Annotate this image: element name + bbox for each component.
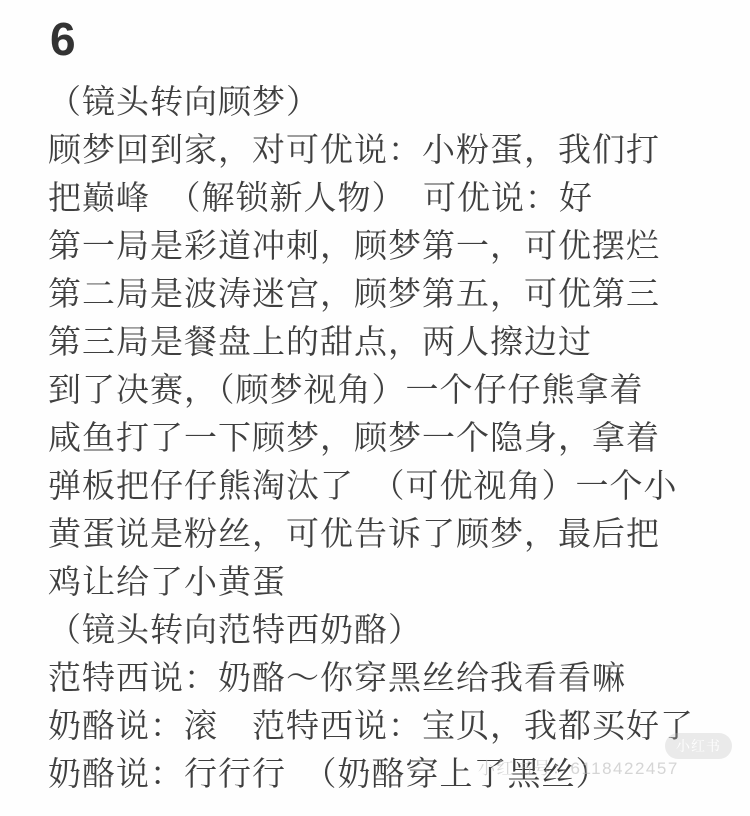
- text-line: 鸡让给了小黄蛋: [48, 558, 714, 606]
- text-line: 奶酪说：滚 范特西说：宝贝，我都买好了: [48, 702, 714, 750]
- text-line: （镜头转向范特西奶酪）: [48, 606, 714, 654]
- note-page: 6 （镜头转向顾梦） 顾梦回到家，对可优说：小粉蛋，我们打 把巅峰 （解锁新人物…: [0, 0, 750, 816]
- text-line: 到了决赛，（顾梦视角）一个仔仔熊拿着: [48, 366, 714, 414]
- text-line: （镜头转向顾梦）: [48, 78, 714, 126]
- section-number: 6: [50, 12, 714, 66]
- text-line: 第一局是彩道冲刺，顾梦第一，可优摆烂: [48, 222, 714, 270]
- text-line: 把巅峰 （解锁新人物） 可优说：好: [48, 174, 714, 222]
- text-line: 顾梦回到家，对可优说：小粉蛋，我们打: [48, 126, 714, 174]
- text-line: 咸鱼打了一下顾梦，顾梦一个隐身，拿着: [48, 414, 714, 462]
- text-line: 第三局是餐盘上的甜点，两人擦边过: [48, 318, 714, 366]
- script-text-block: （镜头转向顾梦） 顾梦回到家，对可优说：小粉蛋，我们打 把巅峰 （解锁新人物） …: [48, 78, 714, 798]
- text-line: 奶酪说：行行行 （奶酪穿上了黑丝）: [48, 750, 714, 798]
- text-line: 第二局是波涛迷宫，顾梦第五，可优第三: [48, 270, 714, 318]
- text-line: 弹板把仔仔熊淘汰了 （可优视角）一个小: [48, 462, 714, 510]
- text-line: 黄蛋说是粉丝，可优告诉了顾梦，最后把: [48, 510, 714, 558]
- text-line: 范特西说：奶酪～你穿黑丝给我看看嘛: [48, 654, 714, 702]
